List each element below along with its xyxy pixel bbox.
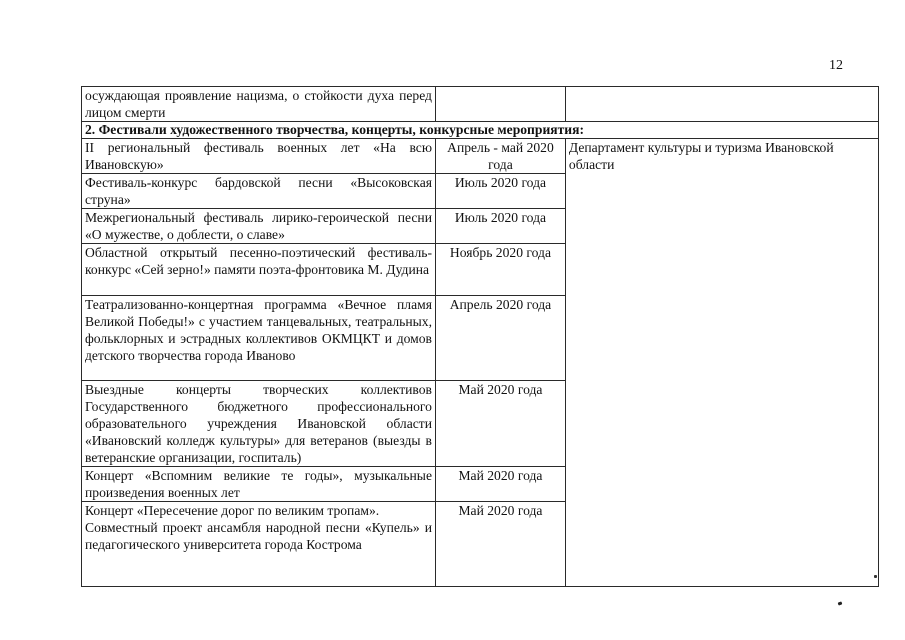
scan-artifact <box>874 575 877 578</box>
scan-artifact <box>838 601 843 605</box>
date-cell: Июль 2020 года <box>435 174 565 209</box>
page-number: 12 <box>829 58 843 74</box>
date-cell: Май 2020 года <box>435 502 565 587</box>
event-cell: Театрализованно-концертная программа «Ве… <box>82 296 436 381</box>
event-line: Концерт «Пересечение дорог по великим тр… <box>85 502 432 519</box>
date-cell: Июль 2020 года <box>435 209 565 244</box>
section-header-row: 2. Фестивали художественного творчества,… <box>82 122 879 139</box>
event-cell: Фестиваль-конкурс бардовской песни «Высо… <box>82 174 436 209</box>
event-cell: осуждающая проявление нацизма, о стойкос… <box>82 87 436 122</box>
date-cell: Май 2020 года <box>435 467 565 502</box>
date-cell: Май 2020 года <box>435 381 565 467</box>
event-cell: Концерт «Вспомним великие те годы», музы… <box>82 467 436 502</box>
date-cell: Ноябрь 2020 года <box>435 244 565 296</box>
event-line: Совместный проект ансамбля народной песн… <box>85 519 432 553</box>
date-cell: Апрель 2020 года <box>435 296 565 381</box>
event-cell: Областной открытый песенно-поэтический ф… <box>82 244 436 296</box>
event-cell: Межрегиональный фестиваль лирико-героиче… <box>82 209 436 244</box>
event-cell: Концерт «Пересечение дорог по великим тр… <box>82 502 436 587</box>
date-cell <box>435 87 565 122</box>
responsible-cell: Департамент культуры и туризма Ивановско… <box>565 139 878 587</box>
event-cell: Выездные концерты творческих коллективов… <box>82 381 436 467</box>
responsible-cell <box>565 87 878 122</box>
date-cell: Апрель - май 2020 года <box>435 139 565 174</box>
events-table: осуждающая проявление нацизма, о стойкос… <box>81 86 879 587</box>
table-row: II региональный фестиваль военных лет «Н… <box>82 139 879 174</box>
section-title: 2. Фестивали художественного творчества,… <box>82 122 879 139</box>
table-row-continuation: осуждающая проявление нацизма, о стойкос… <box>82 87 879 122</box>
event-cell: II региональный фестиваль военных лет «Н… <box>82 139 436 174</box>
